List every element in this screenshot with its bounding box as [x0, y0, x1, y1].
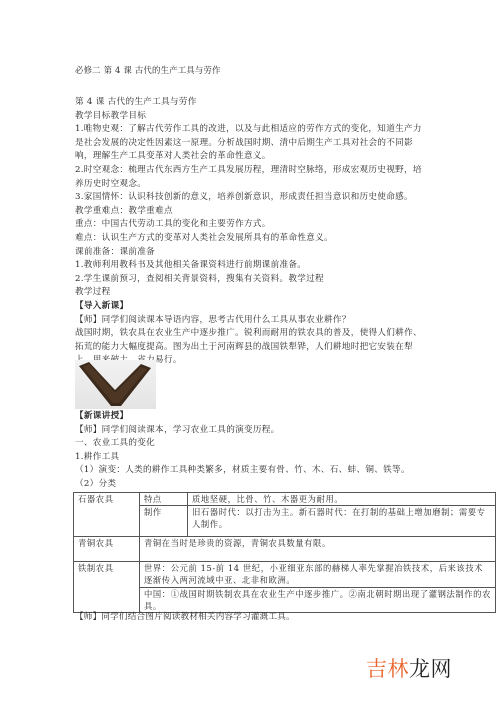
process-heading: 教学过程: [75, 286, 427, 300]
lesson-title: 第 4 课 古代的生产工具与劳作: [75, 96, 427, 110]
iron-world-text: 世界：公元前 15-前 14 世纪，小亚细亚东部的赫梯人率先掌握冶铁技术，后来该…: [140, 562, 496, 588]
evolution-text: （1）演变：人类的耕作工具种类繁多，材质主要有骨、竹、木、石、蚌、铜、铁等。: [75, 464, 427, 478]
page-header: 必修二 第 4 课 古代的生产工具与劳作: [75, 64, 221, 77]
section-heading: 一、农业工具的变化: [75, 437, 427, 451]
plowshare-icon: [75, 360, 156, 409]
iron-china-text: 中国：①战国时期铁制农具在农业生产中逐步推广。②南北朝时期出现了灌钢法制作的农具…: [140, 588, 496, 613]
intro-tag: 【导入新课】: [75, 300, 427, 314]
classification-heading: （2）分类: [75, 478, 427, 492]
table-row: 石器农具 特点 质地坚硬，比骨、竹、木器更为耐用。: [74, 493, 496, 506]
bronze-text: 青铜在当时是珍贵的资源，青铜农具数量有限。: [140, 537, 496, 562]
document-page: 必修二 第 4 课 古代的生产工具与劳作 第 4 课 古代的生产工具与劳作 教学…: [0, 0, 499, 706]
table-row: 铁制农具 世界：公元前 15-前 14 世纪，小亚细亚东部的赫梯人率先掌握冶铁技…: [74, 562, 496, 588]
prep-1: 1.教师利用教科书及其他相关备课资料进行前期课前准备。: [75, 259, 427, 273]
tool-classification-table: 石器农具 特点 质地坚硬，比骨、竹、木器更为耐用。 制作 旧石器时代：以打击为主…: [73, 492, 496, 613]
prep-heading: 课前准备：课前准备: [75, 246, 427, 260]
closing-teacher: 【师】同学们结合图片阅读教材相关内容学习灌溉工具。: [75, 611, 295, 624]
goal-3: 3.家国情怀：认识科技创新的意义，培养创新意识，形成责任担当意识和历史使命感。: [75, 191, 427, 205]
goals-heading: 教学目标教学目标: [75, 110, 427, 124]
key-point: 重点：中国古代劳动工具的变化和主要劳作方式。: [75, 218, 427, 232]
new-lesson-block: 【新课讲授】 【师】同学们阅读课本，学习农业工具的演变历程。 一、农业工具的变化…: [75, 410, 427, 492]
site-watermark: 吉林龙网: [366, 653, 452, 683]
making-label: 制作: [140, 506, 188, 537]
feature-text: 质地坚硬，比骨、竹、木器更为耐用。: [188, 493, 496, 506]
iron-label: 铁制农具: [74, 562, 140, 613]
prep-2: 2.学生课前预习，查阅相关背景资料，搜集有关资料。教学过程: [75, 273, 427, 287]
making-text: 旧石器时代：以打击为主。新石器时代：在打制的基础上增加磨制；需要专人制作。: [188, 506, 496, 537]
table-row: 青铜农具 青铜在当时是珍贵的资源，青铜农具数量有限。: [74, 537, 496, 562]
feature-label: 特点: [140, 493, 188, 506]
lesson-body: 第 4 课 古代的生产工具与劳作 教学目标教学目标 1.唯物史观：了解古代劳作工…: [75, 96, 427, 368]
bronze-label: 青铜农具: [74, 537, 140, 562]
iron-plowshare-image: [75, 360, 156, 409]
watermark-part-a: 吉林: [366, 657, 409, 681]
stone-label: 石器农具: [74, 493, 140, 537]
subsection-heading: 1.耕作工具: [75, 451, 427, 465]
intro-teacher: 【师】同学们阅读课本导语内容，思考古代用什么工具从事农业耕作？: [75, 314, 427, 328]
difficult-point: 难点：认识生产方式的变革对人类社会发展所具有的革命性意义。: [75, 232, 427, 246]
watermark-part-b: 龙网: [409, 657, 452, 681]
new-lesson-teacher: 【师】同学们阅读课本，学习农业工具的演变历程。: [75, 424, 427, 438]
key-points-heading: 教学重难点：教学重难点: [75, 205, 427, 219]
goal-2: 2.时空观念：梳理古代东西方生产工具发展历程，理清时空脉络，形成宏观历史视野，培…: [75, 164, 427, 191]
new-lesson-tag: 【新课讲授】: [75, 410, 427, 424]
goal-1: 1.唯物史观：了解古代劳作工具的改进，以及与此相适应的劳作方式的变化，知道生产力…: [75, 123, 427, 164]
